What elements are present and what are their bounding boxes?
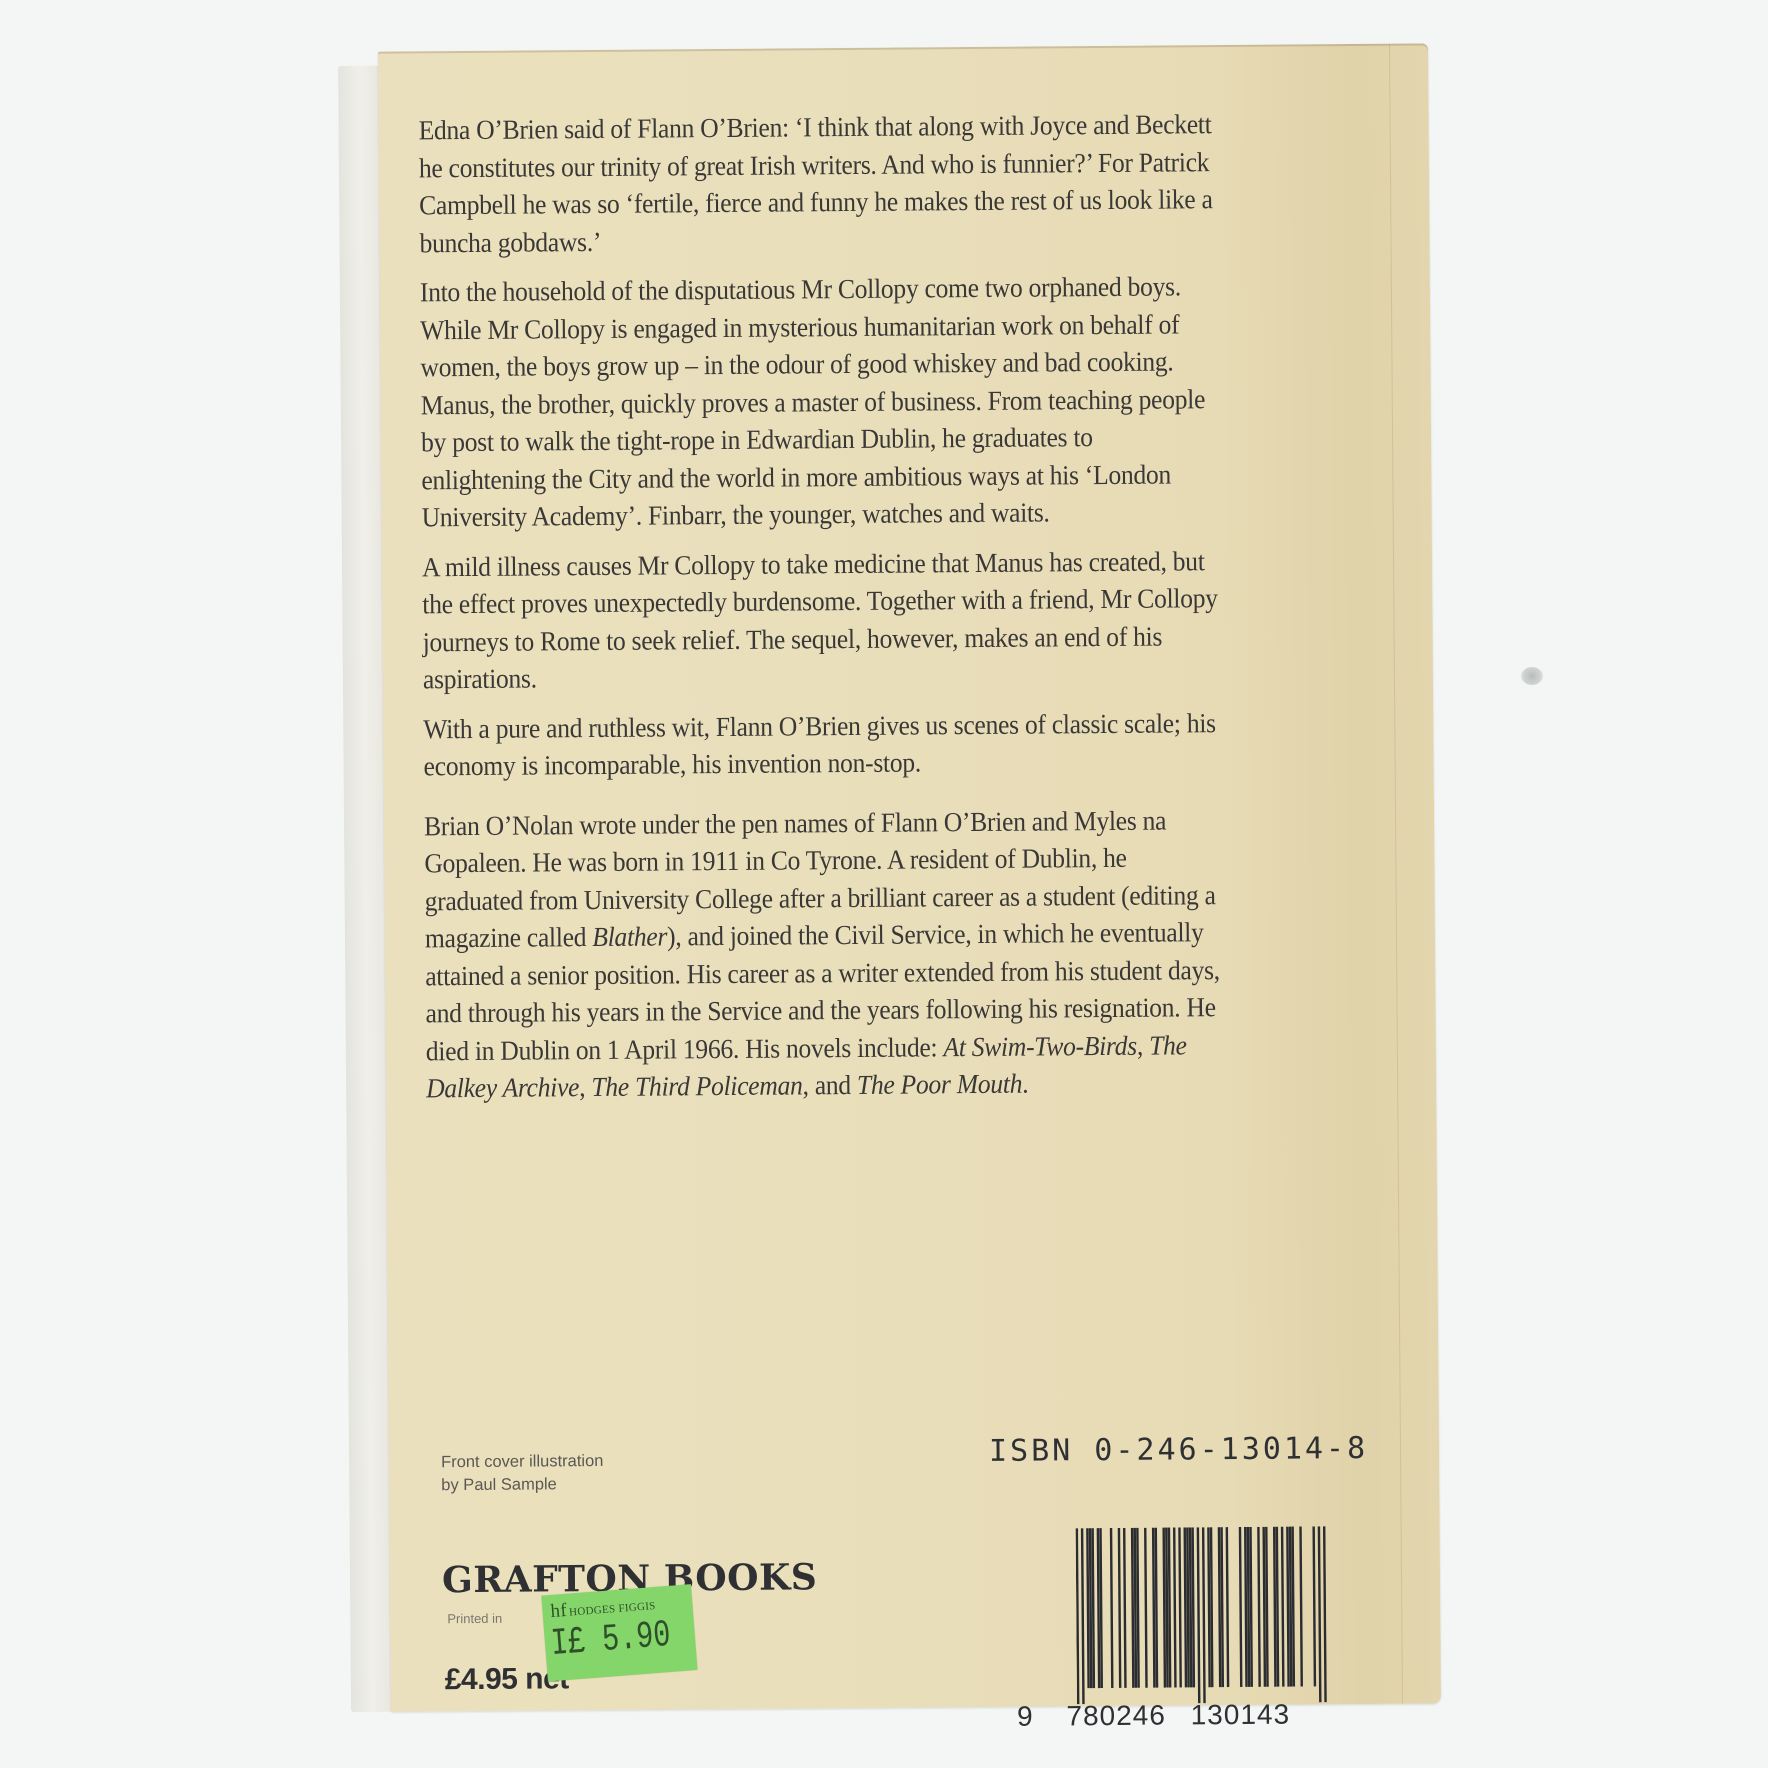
- barcode-digits: 9 780246 130143: [1017, 1698, 1337, 1733]
- author-bio: Brian O’Nolan wrote under the pen names …: [424, 801, 1226, 1107]
- isbn-number: ISBN 0-246-13014-8: [989, 1431, 1368, 1469]
- cover-fold-line: [1389, 44, 1403, 1704]
- barcode-right-digits: 130143: [1191, 1699, 1291, 1731]
- dust-speck: [1521, 667, 1543, 685]
- separator: ,: [579, 1071, 591, 1102]
- credit-line-1: Front cover illustration: [441, 1450, 603, 1474]
- barcode-lead-digit: 9: [1017, 1701, 1034, 1732]
- blurb-paragraph-plot-2: A mild illness causes Mr Collopy to take…: [422, 542, 1223, 698]
- book-back-cover: Edna O’Brien said of Flann O’Brien: ‘I t…: [338, 43, 1441, 1712]
- printed-in-text: Printed in: [447, 1611, 502, 1626]
- blurb-paragraph-quotes: Edna O’Brien said of Flann O’Brien: ‘I t…: [418, 105, 1219, 261]
- barcode: 9 780246 130143: [1076, 1526, 1327, 1704]
- separator: ,: [1137, 1029, 1149, 1060]
- barcode-left-digits: 780246: [1066, 1700, 1166, 1732]
- blurb-paragraph-plot: Into the household of the disputatious M…: [420, 267, 1222, 536]
- barcode-bars-icon: [1076, 1526, 1327, 1704]
- novel-title: At Swim-Two-Birds: [943, 1029, 1137, 1062]
- price-sticker: hfHODGES FIGGIS I£ 5.90: [541, 1584, 697, 1681]
- novel-title: The Third Policeman: [591, 1069, 802, 1102]
- credit-line-2: by Paul Sample: [441, 1473, 603, 1497]
- cover-panel: Edna O’Brien said of Flann O’Brien: ‘I t…: [378, 43, 1441, 1711]
- separator: , and: [802, 1069, 857, 1100]
- novel-title: The Poor Mouth: [857, 1068, 1022, 1100]
- cover-illustration-credit: Front cover illustration by Paul Sample: [441, 1450, 604, 1497]
- blurb-paragraph-praise: With a pure and ruthless wit, Flann O’Br…: [423, 704, 1223, 785]
- separator: .: [1022, 1068, 1028, 1099]
- store-logo-icon: hf: [550, 1600, 568, 1622]
- bio-magazine-title: Blather: [592, 920, 667, 952]
- sticker-price: I£ 5.90: [550, 1616, 672, 1665]
- blurb-text: Edna O’Brien said of Flann O’Brien: ‘I t…: [418, 105, 1226, 1119]
